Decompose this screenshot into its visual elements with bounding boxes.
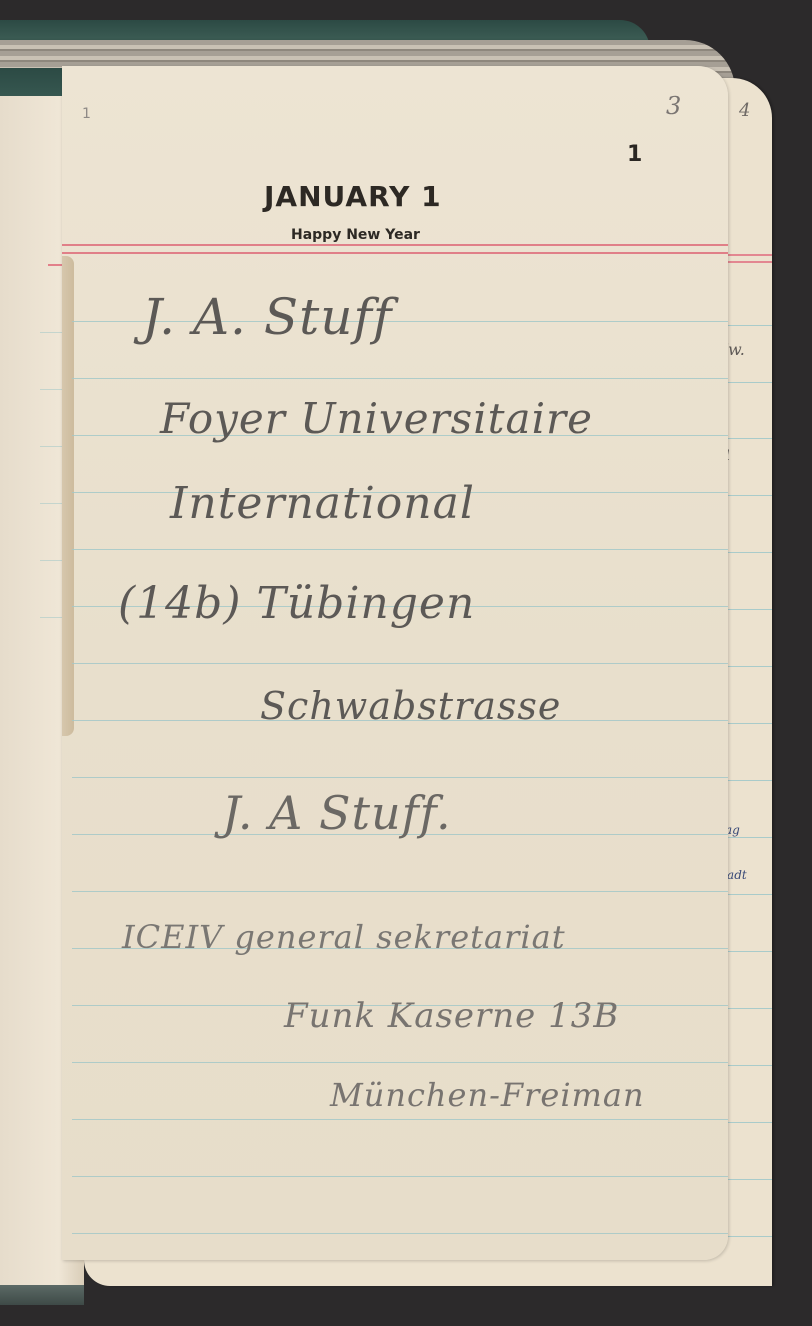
book-cover-bottom: [0, 1285, 84, 1305]
handwritten-page-number: 3: [666, 92, 681, 120]
printed-page-number: 1: [627, 142, 642, 167]
handwritten-line: J. A. Stuff: [142, 288, 392, 346]
torn-page-edge: [62, 256, 74, 736]
diary-page-january-1: 1 3 1 JANUARY 1 Happy New Year J. A. Stu…: [62, 66, 728, 1260]
handwritten-line: Funk Kaserne 13B: [284, 996, 619, 1036]
margin-mark: 1: [82, 106, 91, 122]
back-handwritten-page-number: 4: [739, 100, 750, 121]
handwritten-line: J. A Stuff.: [222, 786, 452, 840]
diary-photo: 4 3 Hw. 11 stag Stadt 1 3 1 JANUARY 1 Ha…: [0, 0, 812, 1326]
handwritten-line: (14b) Tübingen: [118, 578, 475, 629]
handwritten-line: Foyer Universitaire: [160, 394, 593, 443]
handwritten-line: International: [170, 478, 475, 529]
date-heading: JANUARY 1: [264, 180, 442, 213]
handwritten-line: ICEIV general sekretariat: [122, 918, 566, 956]
handwritten-line: München-Freiman: [330, 1076, 645, 1114]
holiday-label: Happy New Year: [291, 227, 420, 243]
handwritten-line: Schwabstrasse: [260, 684, 561, 728]
